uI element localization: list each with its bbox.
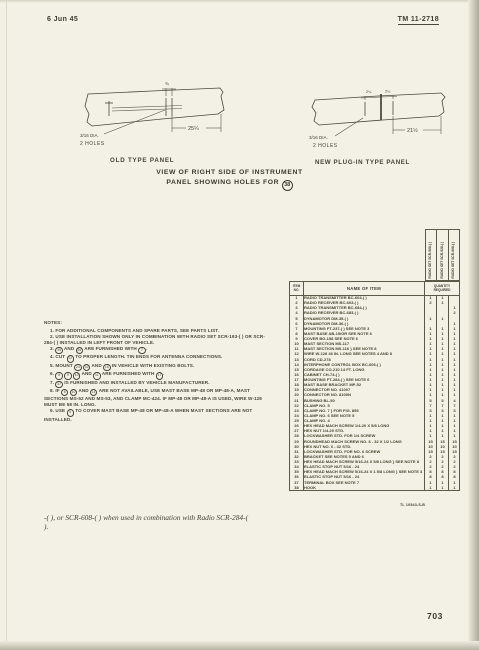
new-panel-right-dim: 2¼ bbox=[385, 90, 391, 94]
item-no-cell: 38 bbox=[290, 485, 304, 490]
note-item: 6. 8 9 10 AND 11 ARE FURNISHED WITH 17. bbox=[44, 371, 270, 379]
note-item: 3. 35 AND 36 ARE FURNISHED WITH 7. bbox=[44, 346, 270, 354]
new-panel-drawing: 2¼ 2¼ 21½ 3/16 DIA. 2 HOLES NEW PLUG-IN … bbox=[293, 80, 465, 173]
note-item: 8. IF 8 10 AND 11 ARE NOT AVAILABLE, USE… bbox=[44, 388, 270, 408]
new-panel-holes-label: 2 HOLES bbox=[313, 143, 338, 149]
new-panel-hole-dia: 3/16 DIA. bbox=[309, 135, 328, 140]
item-ref-circle: 8 bbox=[55, 372, 62, 379]
table-body: 1RADIO TRANSMITTER BC-604-( )112RADIO RE… bbox=[289, 295, 460, 491]
note-item: 9. USE 9 TO COVER MAST BASE MP-48 OR MP-… bbox=[44, 408, 270, 422]
new-panel-label: NEW PLUG-IN TYPE PANEL bbox=[315, 159, 410, 166]
figure-caption-line1: VIEW OF RIGHT SIDE OF INSTRUMENT bbox=[0, 168, 459, 178]
note-item: 2. USE INSTALLATION SHOWN ONLY IN COMBIN… bbox=[44, 334, 270, 346]
new-panel-length-dim: 21½ bbox=[407, 127, 418, 134]
notes-list: 1. FOR ADDITIONAL COMPONENTS AND SPARE P… bbox=[44, 328, 270, 423]
item-ref-circle: 17 bbox=[156, 372, 163, 379]
item-ref-circle: 9 bbox=[67, 409, 74, 416]
tl-reference: TL 10543-S-B bbox=[400, 503, 425, 507]
page-edge-bottom bbox=[0, 641, 479, 650]
item-ref-circle: 24 bbox=[74, 364, 81, 371]
parts-rows: 1RADIO TRANSMITTER BC-604-( )112RADIO RE… bbox=[290, 295, 460, 490]
old-panel-holes-label: 2 HOLES bbox=[80, 141, 105, 147]
table-header: ITEM NO. NAME OF ITEM QUANTITY REQUIRED bbox=[289, 281, 460, 296]
note-item: 4. CUT 12 TO PROPER LENGTH. TIN ENDS FOR… bbox=[44, 354, 270, 362]
radio-set-column-2: RADIO SET SCR-528-( ) bbox=[436, 230, 447, 280]
page-edge-right bbox=[468, 0, 479, 650]
manual-page: 6 Jun 45 TM 11-2718 ¾ 25¼ 3/16 DIA. 2 HO… bbox=[0, 0, 479, 650]
qty-cell: 1 bbox=[449, 485, 461, 490]
note-item: 5. MOUNT 24 32 AND 18 IN VEHICLE WITH EX… bbox=[44, 363, 270, 371]
item-ref-circle: 9 bbox=[64, 372, 71, 379]
notes: NOTES: 1. FOR ADDITIONAL COMPONENTS AND … bbox=[44, 320, 270, 423]
item-ref-circle: 36 bbox=[76, 347, 83, 354]
item-ref-circle: 8 bbox=[61, 389, 68, 396]
item-ref-circle: 37 bbox=[55, 381, 62, 388]
radio-set-column-3: RADIO SET SCR-608-( ) bbox=[448, 230, 459, 280]
item-ref-circle: 10 bbox=[70, 389, 77, 396]
manual-number: TM 11-2718 bbox=[398, 16, 439, 25]
radio-set-column-1: RADIO SET SCR-508-( ) bbox=[426, 230, 436, 280]
footnote: -( ), or SCR-608-( ) when used in combin… bbox=[44, 514, 249, 531]
old-panel-drawing: ¾ 25¼ 3/16 DIA. 2 HOLES OLD TYPE PANEL bbox=[52, 76, 244, 173]
radio-set-columns: RADIO SET SCR-508-( ) RADIO SET SCR-528-… bbox=[425, 229, 460, 281]
new-panel-left-dim: 2¼ bbox=[366, 90, 372, 94]
qty-cell: 1 bbox=[437, 485, 449, 490]
item-ref-circle: 11 bbox=[90, 389, 97, 396]
item-ref-circle: 7 bbox=[138, 347, 145, 354]
notes-heading: NOTES: bbox=[44, 320, 270, 326]
page-edge-left bbox=[6, 0, 7, 650]
page-number: 703 bbox=[427, 611, 443, 621]
item-ref-circle: 11 bbox=[93, 372, 100, 379]
table-row: 38HOOK111 bbox=[290, 485, 460, 490]
figure-caption: VIEW OF RIGHT SIDE OF INSTRUMENT PANEL S… bbox=[0, 168, 459, 191]
item-ref-circle: 38 bbox=[282, 180, 293, 191]
page-edge-top bbox=[0, 0, 479, 3]
old-panel-label: OLD TYPE PANEL bbox=[110, 157, 174, 164]
figure-caption-line2: PANEL SHOWING HOLES FOR 38 bbox=[0, 178, 459, 191]
item-name-cell: HOOK bbox=[304, 485, 425, 490]
item-ref-circle: 12 bbox=[67, 355, 74, 362]
qty-cell: 1 bbox=[425, 485, 437, 490]
item-ref-circle: 10 bbox=[73, 372, 80, 379]
header-date: 6 Jun 45 bbox=[47, 16, 78, 23]
old-panel-top-dim: ¾ bbox=[165, 81, 169, 86]
quantity-required-header: QUANTITY REQUIRED bbox=[425, 282, 459, 295]
item-ref-circle: 32 bbox=[83, 364, 90, 371]
old-panel-hole-dia: 3/16 DIA. bbox=[80, 133, 99, 138]
item-ref-circle: 18 bbox=[103, 364, 110, 371]
item-ref-circle: 35 bbox=[55, 347, 62, 354]
old-panel-length-dim: 25¼ bbox=[188, 126, 199, 132]
note-item: 7. 37 IS FURNISHED AND INSTALLED BY VEHI… bbox=[44, 380, 270, 388]
name-of-item-header: NAME OF ITEM bbox=[304, 282, 425, 295]
item-no-header: ITEM NO. bbox=[290, 282, 304, 295]
